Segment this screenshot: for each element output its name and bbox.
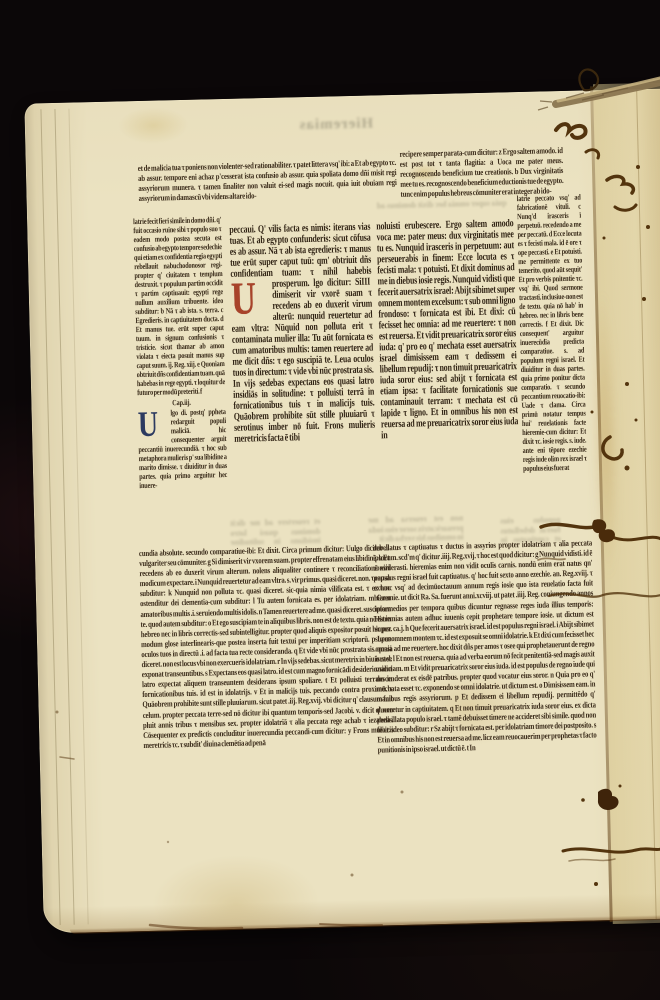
right-margin-gloss-column: latrie peccato vsq' ad fabricationē vitu… [517,193,589,536]
blue-lombard-initial: U [138,408,170,439]
photo-of-incunable-page: { "meta": { "description": "Photograph o… [0,0,660,1000]
main-text-right-column: noluisti erubescere. Ergo saltem amodo v… [376,218,520,519]
left-margin-gloss-column: latrie fecit fieri simile in domo dñi. q… [133,215,229,549]
showthrough-running-header: Hieremias [276,115,396,140]
showthrough-band: quia super omnia hec dixit dominus ad me [377,198,507,212]
top-commentary-left-column: et de malicia tua τ poniens non violente… [138,157,398,218]
main-text-left-column: peccaui. Q' vilis facta es nimis: iteran… [229,222,377,523]
left-gloss-upper-text: latrie fecit fieri simile in domo dñi. q… [133,215,225,397]
bottom-commentary-left-column: cundia absolute. secundo comparatiue-ibi… [139,542,396,812]
red-lombard-initial: U [231,280,271,317]
page-content: Hieremias et de malicia tua τ poniens no… [24,89,660,934]
book-page: Hieremias et de malicia tua τ poniens no… [24,89,660,934]
showthrough-band: et reuertere ad me dicit dominus quasi l… [230,517,321,545]
chapter-number-marker: III [361,277,372,288]
bottom-commentary-right-column: debellatus τ captiuatus τ ductus in assy… [373,537,598,810]
